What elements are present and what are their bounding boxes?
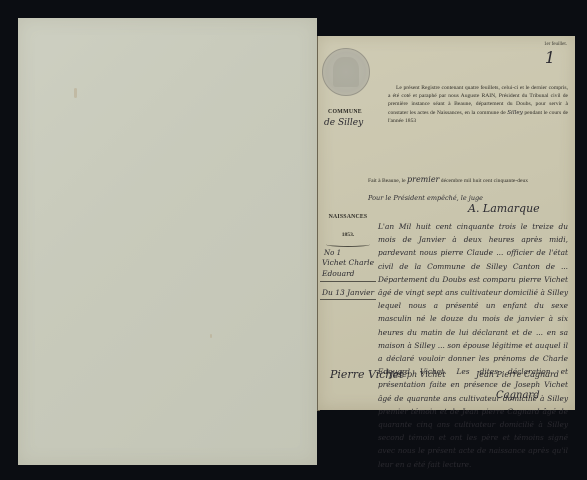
child-name: Vichet Charle Edouard [322,257,378,279]
margin-annotation: NAISSANCES 1853. No 1 Vichet Charle Edou… [318,214,378,300]
birth-date: Du 13 Janvier [322,288,378,297]
witness-1-signature: Joseph Vichet [390,370,445,379]
margin-rule [320,281,376,282]
birth-act-text: L'an Mil huit cent cinquante trois le tr… [378,220,568,471]
commune-value: de Silley [324,118,363,128]
register-header-text: Le présent Registre contenant quatre feu… [388,84,568,125]
paper-stain [210,334,212,338]
register-year: 1853. [318,232,378,238]
flourish-divider [326,242,370,247]
register-page: 1er feuillet. 1 Le présent Registre cont… [318,36,575,410]
commune-label: COMMUNE [328,109,362,115]
signature-block: Pierre Vichet Joseph Vichet Jean Pierre … [326,362,566,406]
margin-rule [320,299,376,300]
witness-2-signature: Jean Pierre Cagnard [476,370,559,379]
blank-left-page [18,18,317,465]
tribunal-seal-icon [322,48,370,96]
paper-stain [74,88,77,98]
section-label: NAISSANCES [318,214,378,220]
certification-day: premier [407,175,439,184]
president-note: Pour le Président empêché, le juge [368,194,483,202]
president-signature: A. Lamarque [468,202,540,215]
folio-number: 1 [545,48,555,67]
header-commune-value: Silley [507,110,523,116]
folio-label: 1er feuillet. [544,42,567,47]
officer-signature: Cagnard [496,390,540,401]
certification-line: Fait à Beaune, le premier décembre mil h… [368,176,563,185]
act-number: No 1 [324,249,378,257]
